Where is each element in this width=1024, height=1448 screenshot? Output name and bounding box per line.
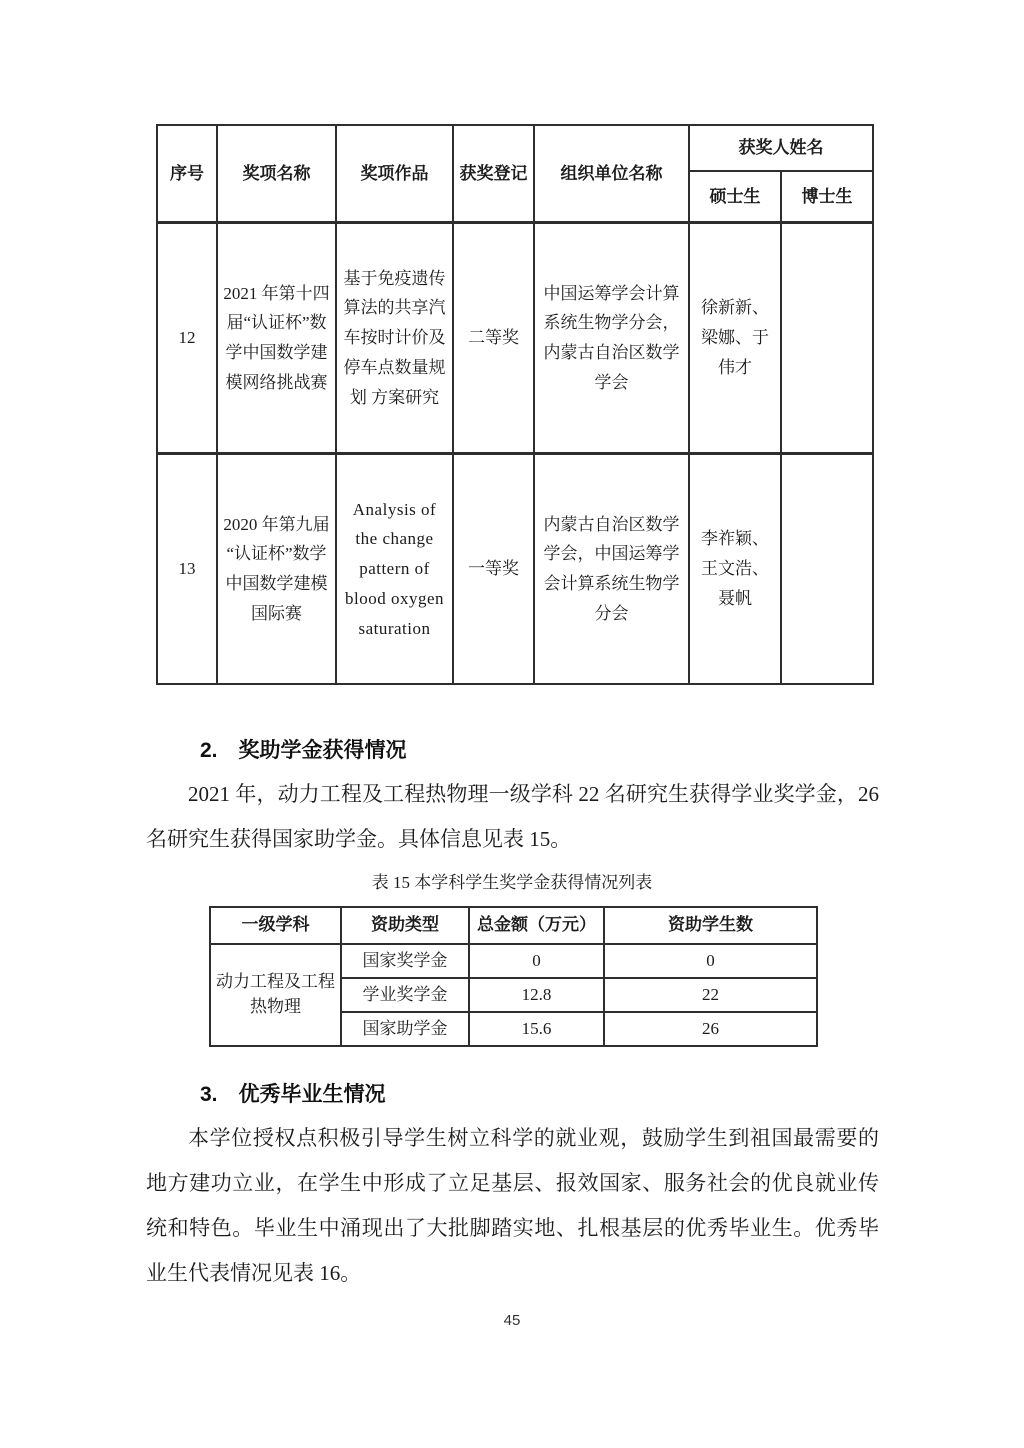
header-winner-names: 获奖人姓名 [689,125,873,171]
cell-total-amount: 15.6 [469,1012,604,1046]
cell-index: 12 [157,223,217,454]
section-heading-scholarship: 2. 奖助学金获得情况 [200,734,407,764]
header-award-name: 奖项名称 [217,125,336,223]
header-award-level: 获奖登记 [453,125,534,223]
cell-student-count: 26 [604,1012,817,1046]
cell-fund-type: 国家奖学金 [341,944,469,978]
cell-fund-type: 国家助学金 [341,1012,469,1046]
table-row-12: 12 2021 年第十四届“认证杯”数学中国数学建模网络挑战赛 基于免疫遗传算法… [157,223,873,454]
header-organization: 组织单位名称 [534,125,689,223]
document-page: 序号 奖项名称 奖项作品 获奖登记 组织单位名称 获奖人姓名 硕士生 博士生 1… [0,0,1024,1448]
cell-award-name: 2021 年第十四届“认证杯”数学中国数学建模网络挑战赛 [217,223,336,454]
awards-table: 序号 奖项名称 奖项作品 获奖登记 组织单位名称 获奖人姓名 硕士生 博士生 1… [156,124,874,685]
cell-organization: 中国运筹学会计算系统生物学分会，内蒙古自治区数学学会 [534,223,689,454]
cell-award-level: 一等奖 [453,454,534,685]
scholarship-table: 一级学科 资助类型 总金额（万元） 资助学生数 动力工程及工程热物理 国家奖学金… [209,906,818,1047]
section-heading-graduates: 3. 优秀毕业生情况 [200,1078,386,1108]
graduates-paragraph: 本学位授权点积极引导学生树立科学的就业观，鼓励学生到祖国最需要的地方建功立业，在… [146,1116,879,1296]
cell-index: 13 [157,454,217,685]
cell-award-work: 基于免疫遗传算法的共享汽车按时计价及停车点数量规划 方案研究 [336,223,453,454]
cell-total-amount: 12.8 [469,978,604,1012]
cell-fund-type: 学业奖学金 [341,978,469,1012]
header-fund-type: 资助类型 [341,907,469,944]
header-total-amount: 总金额（万元） [469,907,604,944]
header-student-count: 资助学生数 [604,907,817,944]
cell-organization: 内蒙古自治区数学学会，中国运筹学会计算系统生物学分会 [534,454,689,685]
cell-student-count: 22 [604,978,817,1012]
header-index: 序号 [157,125,217,223]
scholarship-paragraph: 2021 年，动力工程及工程热物理一级学科 22 名研究生获得学业奖学金，26 … [146,772,879,862]
table-row-13: 13 2020 年第九届“认证杯”数学中国数学建模国际赛 Analysis of… [157,454,873,685]
table15-caption: 表 15 本学科学生奖学金获得情况列表 [0,868,1024,893]
cell-award-level: 二等奖 [453,223,534,454]
header-discipline: 一级学科 [210,907,341,944]
cell-doctor [781,223,873,454]
cell-total-amount: 0 [469,944,604,978]
page-number: 45 [0,1312,1024,1329]
table-row: 动力工程及工程热物理 国家奖学金 0 0 [210,944,817,978]
cell-award-name: 2020 年第九届“认证杯”数学中国数学建模国际赛 [217,454,336,685]
header-master: 硕士生 [689,171,781,223]
cell-master: 徐新新、梁娜、于伟才 [689,223,781,454]
cell-discipline: 动力工程及工程热物理 [210,944,341,1046]
header-doctor: 博士生 [781,171,873,223]
header-award-work: 奖项作品 [336,125,453,223]
cell-doctor [781,454,873,685]
cell-award-work: Analysis of the change pattern of blood … [336,454,453,685]
cell-master: 李祚颖、王文浩、聂帆 [689,454,781,685]
cell-student-count: 0 [604,944,817,978]
